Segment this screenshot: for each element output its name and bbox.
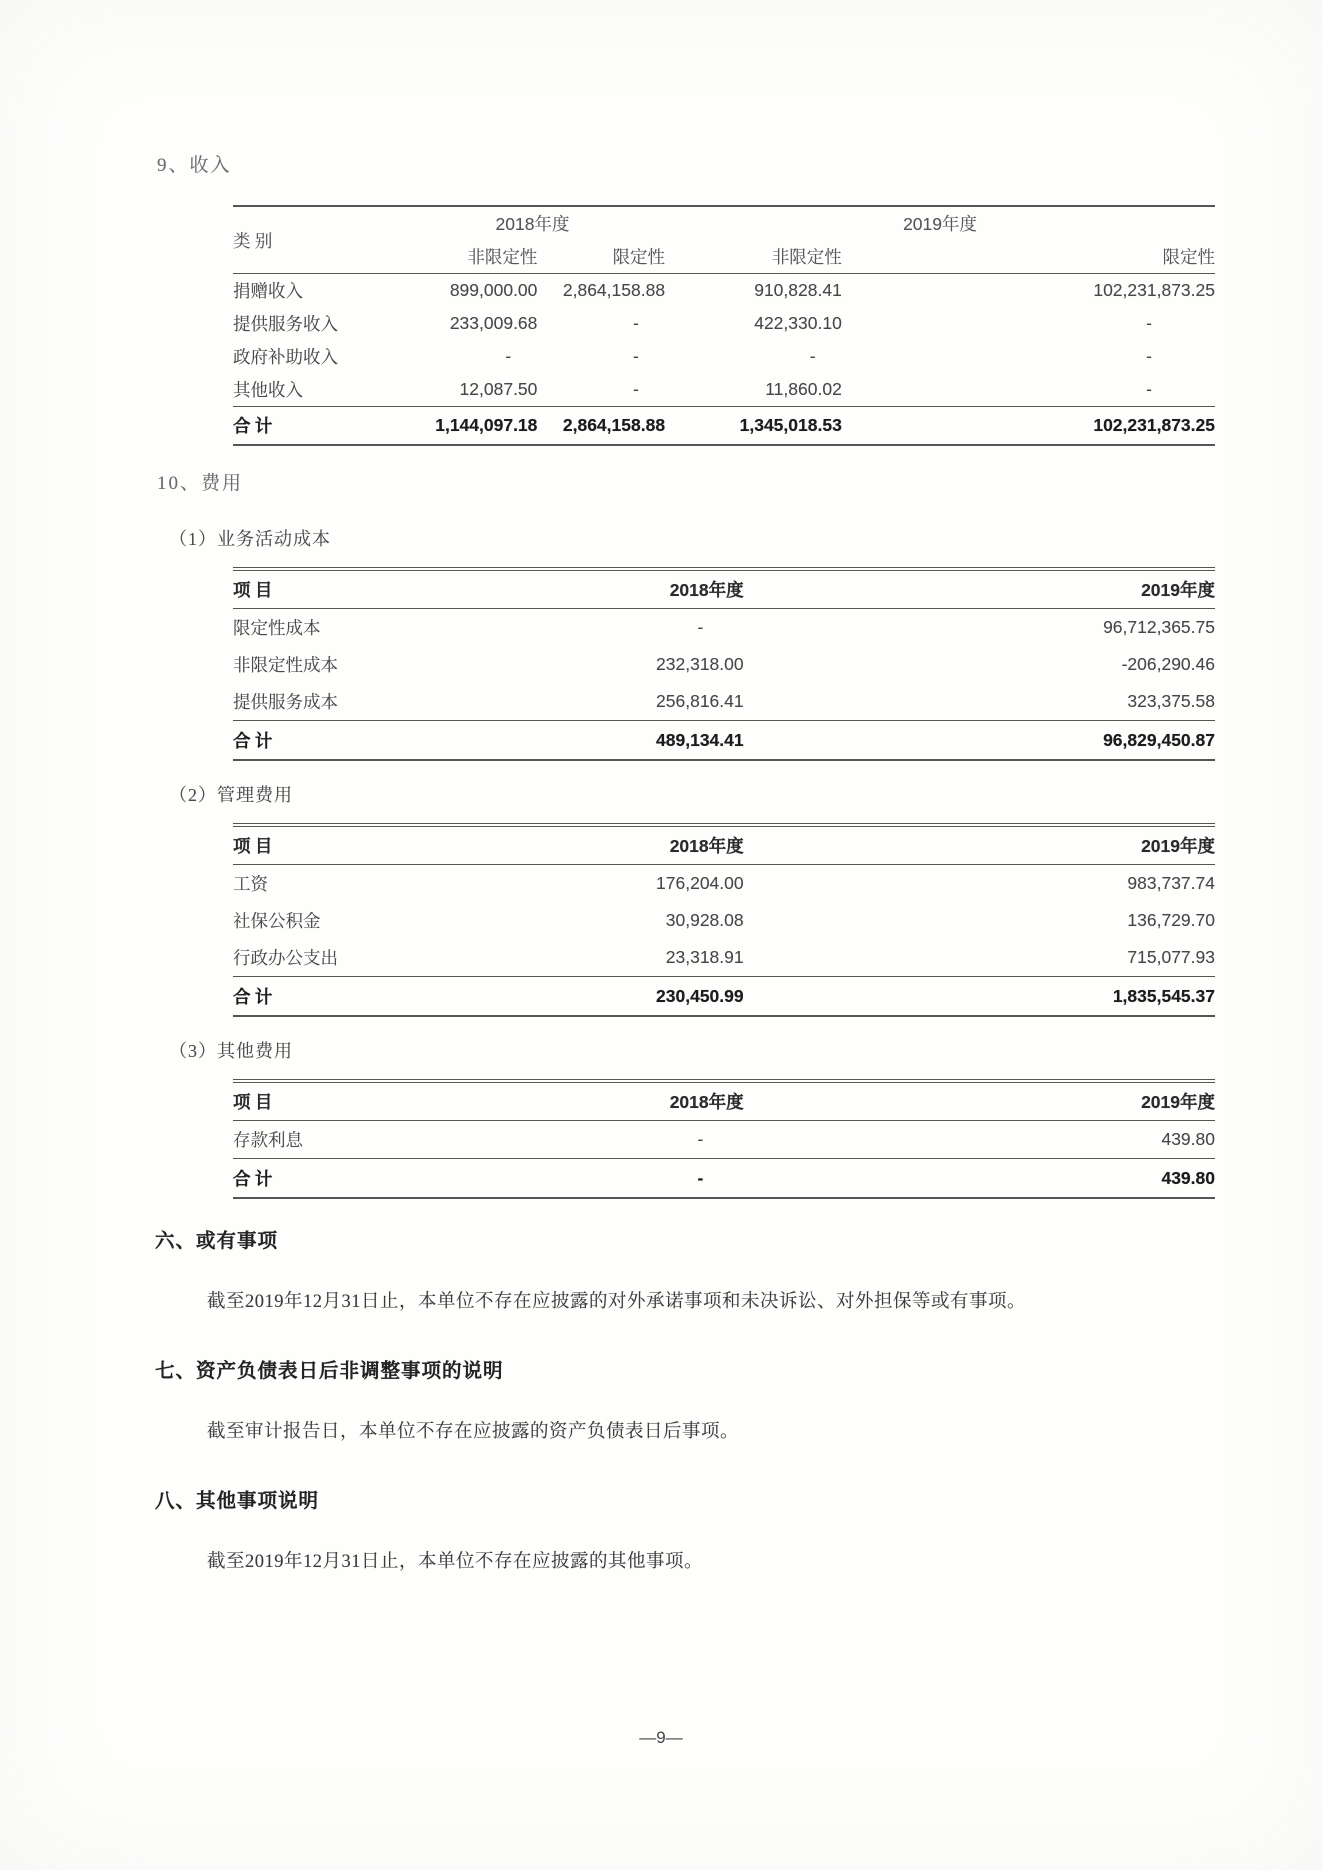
cell-value: 422,330.10 (665, 307, 842, 340)
total-row: 合 计 - 439.80 (233, 1159, 1215, 1199)
table-header-row: 项 目 2018年度 2019年度 (233, 569, 1215, 609)
table-row: 行政办公支出 23,318.91 715,077.93 (233, 939, 1215, 977)
total-row: 合 计 489,134.41 96,829,450.87 (233, 721, 1215, 761)
cell-value: 899,000.00 (400, 274, 537, 308)
cell-value: 30,928.08 (626, 902, 744, 939)
page-content: 9、收入 类 别 2018年度 2019年度 非限定性 限定性 非限定性 限定性 (0, 0, 1322, 1573)
cell-value: - (400, 340, 537, 373)
income-header-row-years: 类 别 2018年度 2019年度 (233, 206, 1215, 240)
cell-value: 12,087.50 (400, 373, 537, 407)
total-value: 1,144,097.18 (400, 407, 537, 446)
income-sub-2019-unrestricted: 非限定性 (665, 240, 842, 274)
table-row: 提供服务收入 233,009.68 - 422,330.10 - (233, 307, 1215, 340)
cell-value: -206,290.46 (744, 646, 1215, 683)
cell-value: 176,204.00 (626, 865, 744, 903)
cell-value: 23,318.91 (626, 939, 744, 977)
income-year-2019: 2019年度 (665, 206, 1215, 240)
total-label: 合 计 (233, 407, 400, 446)
cell-value: 323,375.58 (744, 683, 1215, 721)
section-expense-heading: 10、费用 (157, 468, 1215, 495)
note-heading-post-balance-sheet: 七、资产负债表日后非调整事项的说明 (155, 1355, 1215, 1383)
total-row: 合 计 230,450.99 1,835,545.37 (233, 977, 1215, 1017)
cell-value: 256,816.41 (626, 683, 744, 721)
cell-value: 102,231,873.25 (842, 274, 1215, 308)
note-heading-other-matters: 八、其他事项说明 (155, 1485, 1215, 1513)
admin-expense-table: 项 目 2018年度 2019年度 工资 176,204.00 983,737.… (233, 823, 1215, 1017)
total-value: 439.80 (744, 1159, 1215, 1199)
subsection2-heading: （2）管理费用 (169, 781, 1215, 807)
table-row: 限定性成本 - 96,712,365.75 (233, 609, 1215, 647)
total-value: 1,345,018.53 (665, 407, 842, 446)
income-sub-2018-unrestricted: 非限定性 (400, 240, 537, 274)
cell-value: 233,009.68 (400, 307, 537, 340)
cell-value: - (842, 340, 1215, 373)
col-item: 项 目 (233, 1081, 626, 1121)
total-value: 230,450.99 (626, 977, 744, 1017)
col-item: 项 目 (233, 569, 626, 609)
cell-value: - (626, 1121, 744, 1159)
col-2019: 2019年度 (744, 825, 1215, 865)
row-label: 工资 (233, 865, 626, 903)
table-row: 其他收入 12,087.50 - 11,860.02 - (233, 373, 1215, 407)
income-sub-2019-restricted: 限定性 (842, 240, 1215, 274)
subsection3-heading: （3）其他费用 (169, 1037, 1215, 1063)
cell-value: 439.80 (744, 1121, 1215, 1159)
total-value: 2,864,158.88 (537, 407, 665, 446)
note-text-contingencies: 截至2019年12月31日止，本单位不存在应披露的对外承诺事项和未决诉讼、对外担… (155, 1287, 1215, 1313)
col-2018: 2018年度 (626, 825, 744, 865)
col-item: 项 目 (233, 825, 626, 865)
page-number: —9— (0, 1728, 1322, 1748)
col-2019: 2019年度 (744, 569, 1215, 609)
col-2019: 2019年度 (744, 1081, 1215, 1121)
income-total-row: 合 计 1,144,097.18 2,864,158.88 1,345,018.… (233, 407, 1215, 446)
cell-value: 983,737.74 (744, 865, 1215, 903)
total-value: 1,835,545.37 (744, 977, 1215, 1017)
cell-value: 2,864,158.88 (537, 274, 665, 308)
cell-value: 11,860.02 (665, 373, 842, 407)
row-label: 政府补助收入 (233, 340, 400, 373)
row-label: 捐赠收入 (233, 274, 400, 308)
total-label: 合 计 (233, 1159, 626, 1199)
subsection1-heading: （1）业务活动成本 (169, 525, 1215, 551)
section-income-heading: 9、收入 (157, 150, 1215, 177)
cell-value: - (665, 340, 842, 373)
row-label: 社保公积金 (233, 902, 626, 939)
row-label: 其他收入 (233, 373, 400, 407)
table-row: 政府补助收入 - - - - (233, 340, 1215, 373)
cell-value: - (842, 373, 1215, 407)
table-header-row: 项 目 2018年度 2019年度 (233, 1081, 1215, 1121)
cell-value: - (537, 340, 665, 373)
total-label: 合 计 (233, 721, 626, 761)
row-label: 非限定性成本 (233, 646, 626, 683)
table-row: 工资 176,204.00 983,737.74 (233, 865, 1215, 903)
table-row: 捐赠收入 899,000.00 2,864,158.88 910,828.41 … (233, 274, 1215, 308)
cell-value: 715,077.93 (744, 939, 1215, 977)
table-header-row: 项 目 2018年度 2019年度 (233, 825, 1215, 865)
cell-value: - (626, 609, 744, 647)
row-label: 行政办公支出 (233, 939, 626, 977)
row-label: 存款利息 (233, 1121, 626, 1159)
cell-value: 232,318.00 (626, 646, 744, 683)
col-2018: 2018年度 (626, 1081, 744, 1121)
total-label: 合 计 (233, 977, 626, 1017)
income-col-category: 类 别 (233, 206, 400, 274)
other-expense-table: 项 目 2018年度 2019年度 存款利息 - 439.80 合 计 - 43… (233, 1079, 1215, 1199)
income-sub-2018-restricted: 限定性 (537, 240, 665, 274)
table-row: 非限定性成本 232,318.00 -206,290.46 (233, 646, 1215, 683)
business-cost-table: 项 目 2018年度 2019年度 限定性成本 - 96,712,365.75 … (233, 567, 1215, 761)
cell-value: 910,828.41 (665, 274, 842, 308)
total-value: - (626, 1159, 744, 1199)
cell-value: 96,712,365.75 (744, 609, 1215, 647)
table-row: 提供服务成本 256,816.41 323,375.58 (233, 683, 1215, 721)
table-row: 存款利息 - 439.80 (233, 1121, 1215, 1159)
total-value: 96,829,450.87 (744, 721, 1215, 761)
income-table: 类 别 2018年度 2019年度 非限定性 限定性 非限定性 限定性 捐赠收入… (233, 205, 1215, 446)
row-label: 提供服务收入 (233, 307, 400, 340)
cell-value: - (537, 373, 665, 407)
row-label: 限定性成本 (233, 609, 626, 647)
document-page: 9、收入 类 别 2018年度 2019年度 非限定性 限定性 非限定性 限定性 (0, 0, 1322, 1870)
note-text-post-balance-sheet: 截至审计报告日，本单位不存在应披露的资产负债表日后事项。 (155, 1417, 1215, 1443)
note-heading-contingencies: 六、或有事项 (155, 1225, 1215, 1253)
total-value: 102,231,873.25 (842, 407, 1215, 446)
note-text-other-matters: 截至2019年12月31日止，本单位不存在应披露的其他事项。 (155, 1547, 1215, 1573)
table-row: 社保公积金 30,928.08 136,729.70 (233, 902, 1215, 939)
cell-value: - (842, 307, 1215, 340)
cell-value: 136,729.70 (744, 902, 1215, 939)
cell-value: - (537, 307, 665, 340)
row-label: 提供服务成本 (233, 683, 626, 721)
total-value: 489,134.41 (626, 721, 744, 761)
income-year-2018: 2018年度 (400, 206, 665, 240)
col-2018: 2018年度 (626, 569, 744, 609)
